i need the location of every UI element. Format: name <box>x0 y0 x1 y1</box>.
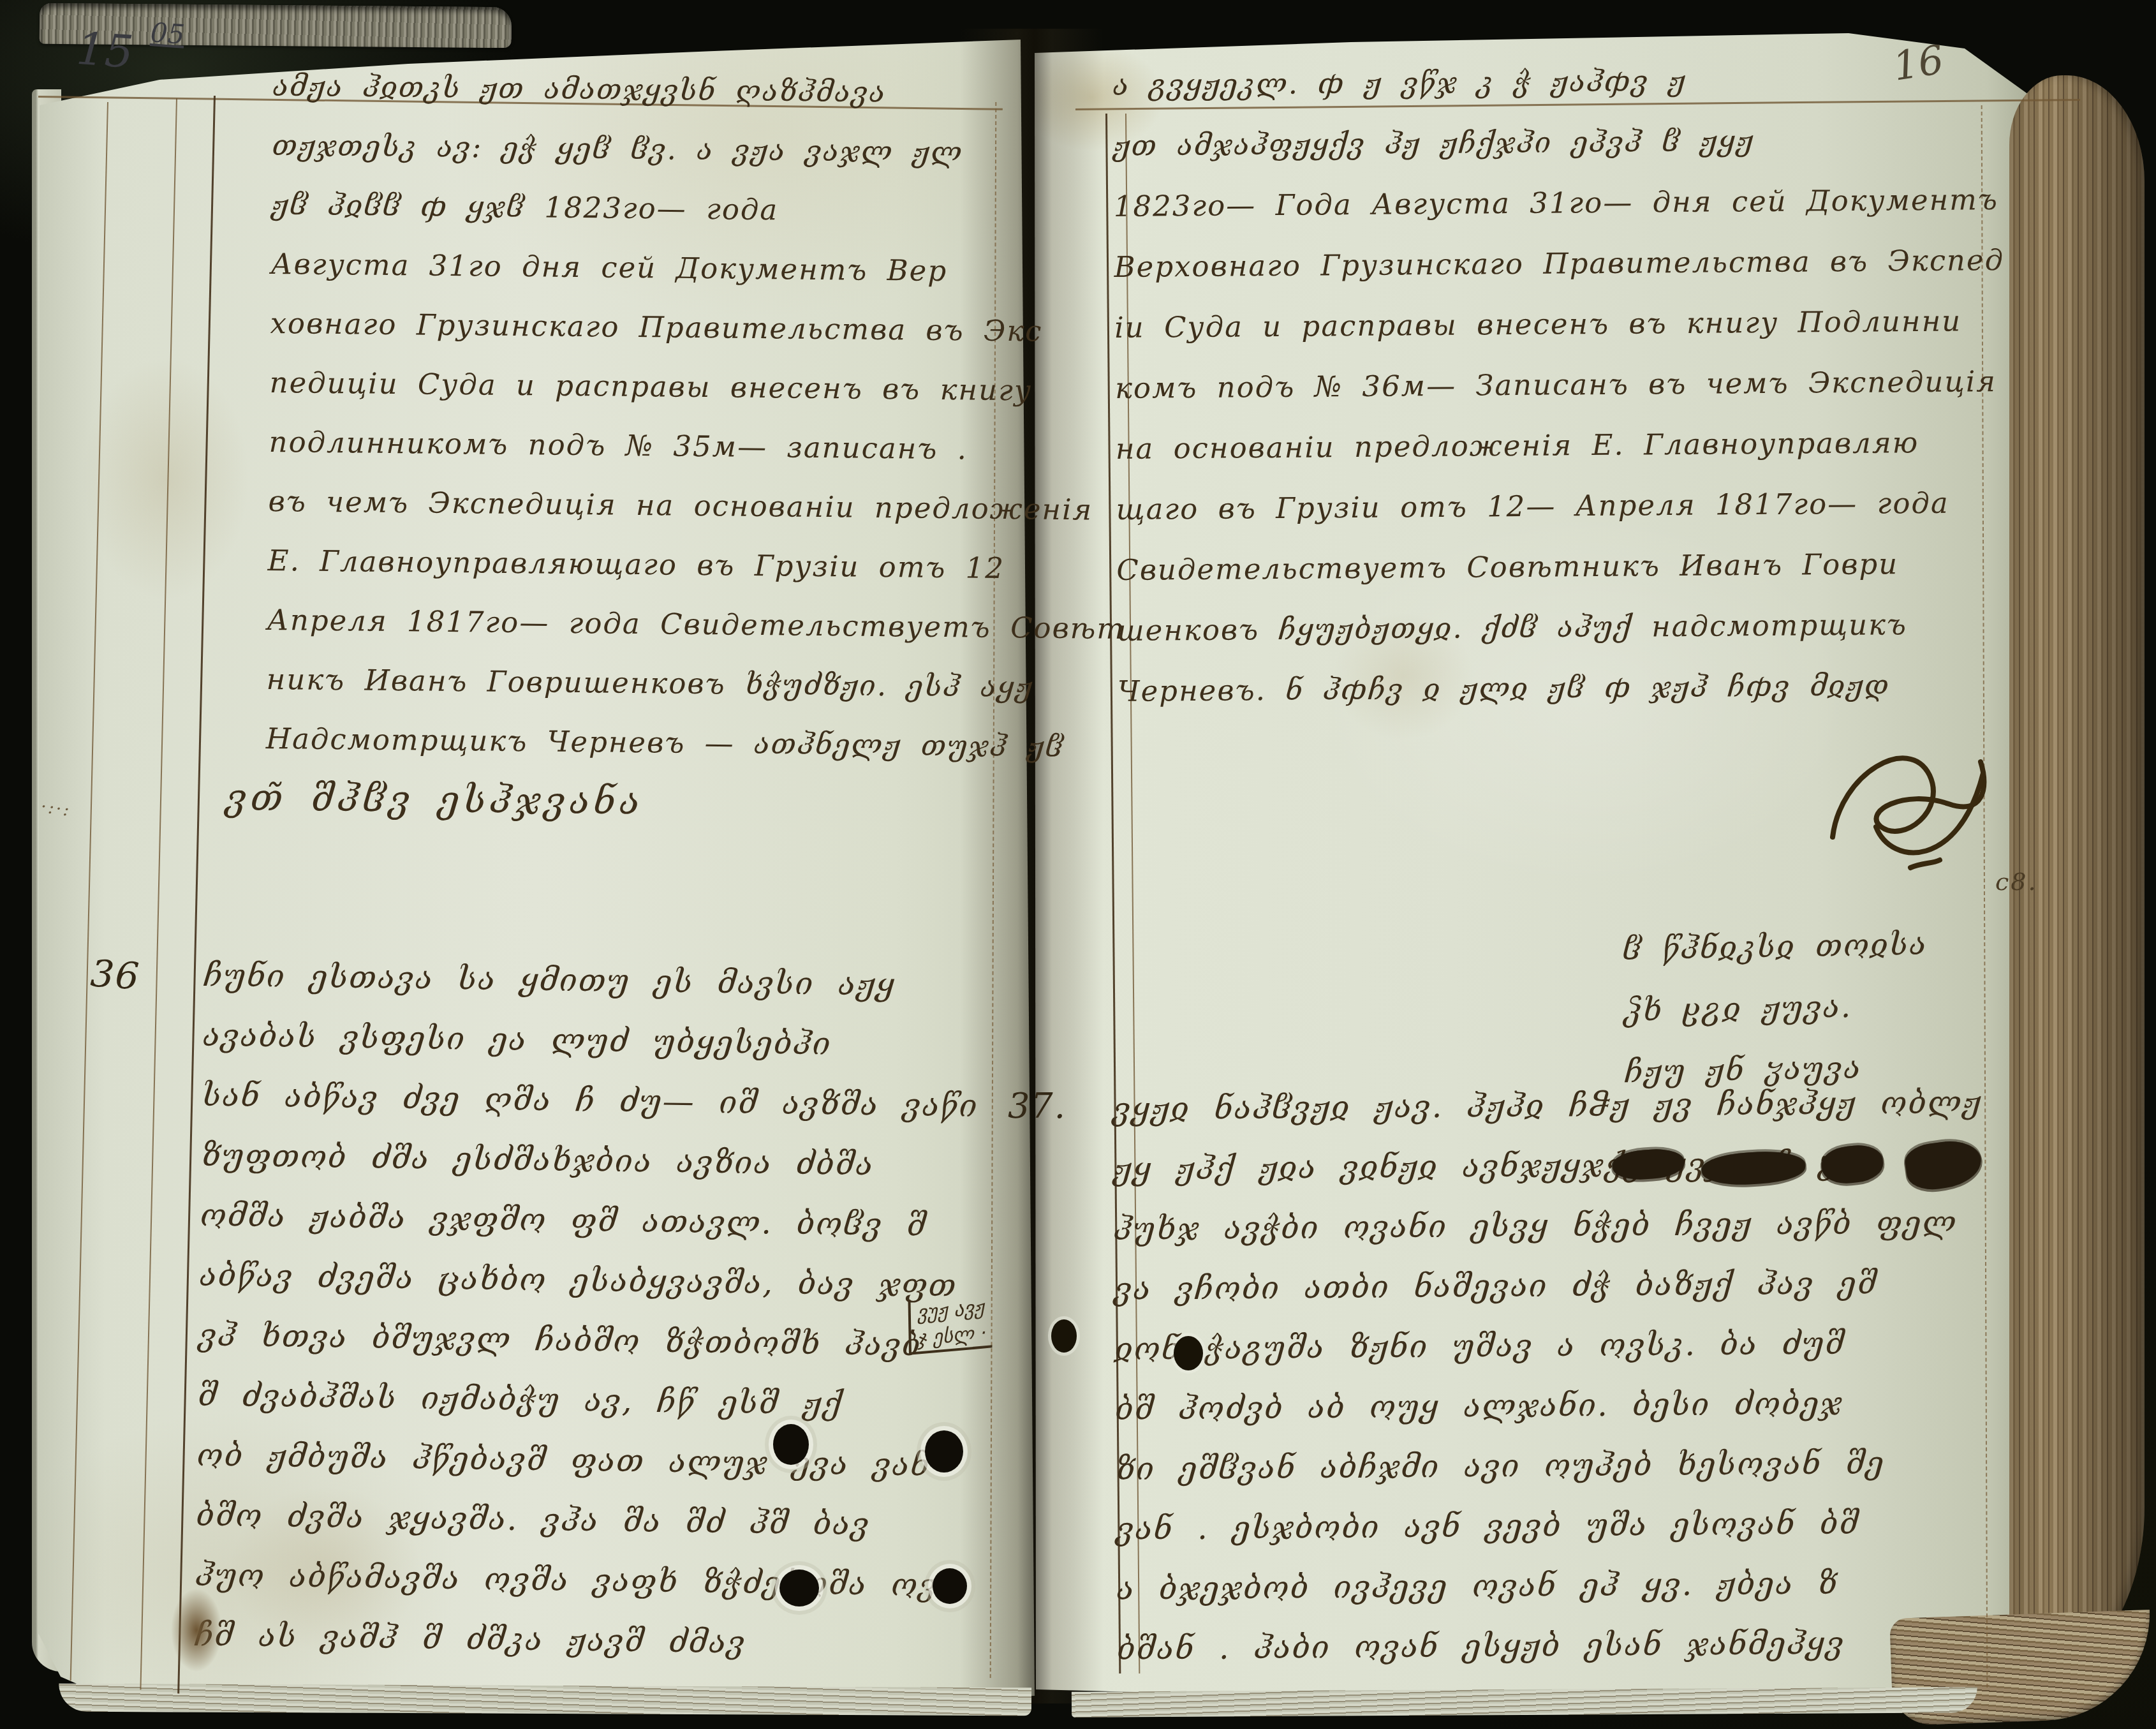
manuscript-line: іи Суда и расправы внесенъ въ книгу Подл… <box>1114 290 2005 358</box>
manuscript-line: ховнаго Грузинскаго Правительства въ Экс <box>270 293 1128 362</box>
manuscript-line: Августа 31го дня сей Документъ Вер <box>270 234 1129 302</box>
manuscript-line: ჩშ ას ვაშჰ შ ძშკა ჟავშ ძმავ <box>194 1605 971 1676</box>
manuscript-line: სან აბწავ ძვე ღშა ჩ ძუ— იშ ავზშა ვაწი <box>202 1065 978 1136</box>
manuscript-line: ვან . ესჯბობი ავნ ვევბ უშა ესოვან ბშ <box>1116 1492 1986 1559</box>
manuscript-line: Апреля 1817го— года Свидетельствуетъ Сов… <box>267 590 1125 658</box>
manuscript-line: ომშა ჟაბშა ვჯფშო ფშ ათავლ. ბოჱვ შ <box>200 1185 977 1256</box>
manuscript-line: ზუფთობ ძშა ესძშახჯბია ავზია ძბშა <box>201 1125 978 1196</box>
manuscript-line: აბწავ ძვეშა ცახბო ესაბყვავშა, ბავ ჯფთ <box>199 1245 976 1316</box>
bottom-page-edges-left <box>59 1684 1031 1716</box>
left-attestation-text: ამჟა ჰჲთკს ჟთ ამათჯყვსნ ღაზჰმავათჟჯთესკ … <box>265 56 1131 836</box>
manuscript-line: 1823го— Года Августа 31го— дня сей Докум… <box>1113 169 2004 237</box>
signature-line: ჴხ ჸჷჲ ჟუვა. <box>1623 975 1929 1041</box>
manuscript-line: Е. Главноуправляющаго въ Грузіи отъ 12 <box>267 531 1126 599</box>
manuscript-line: ვყჟჲ ნაჰჱვჟჲ ჟავ. ჰჟჰჲ ჩჵჟ ჟვ ჩანჯჰყჟ ობ… <box>1112 1072 1982 1139</box>
entry-36-number: 36 <box>89 951 142 998</box>
ink-hole <box>779 1569 819 1607</box>
margin-note-c8: с8. <box>1995 868 2038 896</box>
manuscript-line: ჲონ ჭაგუშა ზჟნი უშავ ა ოვსკ. ბა ძუშ <box>1114 1312 1984 1379</box>
manuscript-line: ვჰ ხთვა ბშუჯვლ ჩაბშო ზჭთბოშხ ჰავბ <box>198 1305 975 1376</box>
ink-smudge <box>171 1589 222 1672</box>
manuscript-line: ბშო ძვშა ჯყავშა. ვჰა შა შძ ჰშ ბავ <box>196 1485 973 1556</box>
ink-spot <box>1051 1319 1077 1353</box>
manuscript-line: комъ подъ № 36м— Записанъ въ чемъ Экспед… <box>1115 351 2005 419</box>
manuscript-line: ამჟა ჰჲთკს ჟთ ამათჯყვსნ ღაზჰმავა <box>272 56 1131 124</box>
manuscript-line: ჟჱ ჰჲჱჱ ჶ ყჯჱ 1823го— года <box>271 175 1130 243</box>
manuscript-line: ვა ვჩობი ათბი ნაშევაი ძჭ ბაზჟქ ჰავ ეშ <box>1114 1252 1984 1319</box>
manuscript-line: никъ Иванъ Говришенковъ ხჭუძზჟი. ესჰ აყჟ <box>266 649 1125 718</box>
left-margin-mark: ·:·: <box>40 797 72 820</box>
manuscript-line: Свидетельствуетъ Совѣтникъ Иванъ Говри <box>1116 533 2007 600</box>
manuscript-line: ობ ჟმბუშა ჰწებავშ ფათ ალუჯ ევა ვან <box>196 1425 973 1496</box>
manuscript-line: შ ძვაბჰშას იჟმაბჭუ ავ, ჩწ ესშ ჟქ <box>198 1365 975 1436</box>
manuscript-line: ა გვყჟეკლ. ჶ ჟ ვწჯ კ ჭ ჟაჰჶვ ჟ <box>1112 48 2003 115</box>
manuscript-line: ბშ ჰოძვბ აბ ოუყ ალჯანი. ბესი ძობეჯ <box>1115 1372 1985 1439</box>
manuscript-line: подлинникомъ подъ № 35м— записанъ . <box>269 412 1127 480</box>
left-page-number: 15 <box>75 22 135 78</box>
ink-hole <box>933 1568 967 1604</box>
manuscript-line: ჩუნი ესთავა სა ყმითუ ეს მავსი აჟყ <box>203 946 980 1016</box>
left-page-number-superscript: 05 <box>149 17 186 50</box>
signature-flourish-icon <box>1815 715 2006 880</box>
manuscript-line: на основаніи предложенія Е. Главноуправл… <box>1115 412 2005 479</box>
manuscript-line: Черневъ. ნ ჰჶჩვ ჲ ჟლჲ ჟჱ ჶ ჯჟჰ ჩჶვ მჲჟდ <box>1117 654 2007 722</box>
boxed-margin-note: ვუჟ ავჟჯ ესლ · <box>908 1293 992 1355</box>
manuscript-line: педиціи Суда и расправы внесенъ въ книгу <box>269 353 1128 421</box>
manuscript-line: Надсмотрщикъ Черневъ — ათჰნელჟ თუჯჰ ჟჱ <box>265 709 1124 777</box>
manuscript-line: Верховнаго Грузинскаго Правительства въ … <box>1114 230 2004 297</box>
entry-37-number: 37. <box>1008 1086 1067 1126</box>
boxed-note-line: ჯ ესლ · <box>917 1320 987 1352</box>
manuscript-scan: { "colors": { "background": "#0a0b07", "… <box>0 0 2156 1729</box>
manuscript-line: щаго въ Грузіи отъ 12— Апреля 1817го— го… <box>1116 472 2006 540</box>
manuscript-line: ა ბჯეჯბობ ივჰევე ოვან ეჰ ყვ. ჟბეა ზ <box>1116 1552 1986 1619</box>
manuscript-line: ჟთ ამჯაჰფჟყქვ ჰჟ ჟჩქჯჰი ეჰვჰ ჱ ჟყჟ <box>1113 108 2004 176</box>
manuscript-line: шенковъ ჩყუჟბჟთყჲ. ქძჱ აჰუქ надсмотрщикъ <box>1117 593 2007 661</box>
manuscript-line: ჰუო აბწამავშა ოვშა ვაფხ ზჭძებოშა ოვ <box>195 1545 972 1616</box>
right-attestation-text: ა გვყჟეკლ. ჶ ჟ ვწჯ კ ჭ ჟაჰჶვ ჟჟთ ამჯაჰფჟ… <box>1112 48 2008 722</box>
manuscript-line: ზი ეშჱვან აბჩჯმი ავი ოუჰებ ხესოვან შე <box>1115 1432 1985 1499</box>
ink-hole <box>773 1424 809 1465</box>
manuscript-line: ბშან . ჰაბი ოვან ესყჟბ ესან ჯანმეჰყვ <box>1117 1612 1987 1679</box>
bottom-page-edges-right <box>1072 1687 1977 1717</box>
manuscript-line: თჟჯთესკ ავ: ეჭ ყეჱ ჱვ. ა ვჟა ვაჯლ ჟლ <box>272 115 1130 184</box>
manuscript-line: ჰუხჯ ავჭბი ოვანი ესვყ ნჭებ ჩვეჟ ავწბ ფელ <box>1113 1192 1983 1259</box>
ink-spot <box>1174 1336 1203 1370</box>
signature-line: ჱ წჰნჲკსჲ თოჲსა <box>1622 914 1928 980</box>
manuscript-line: въ чемъ Экспедиція на основаніи предложе… <box>268 471 1126 540</box>
manuscript-line: ვთ̃ შჰჱვ ესჰჯვანა <box>225 768 1123 836</box>
ink-hole <box>925 1430 963 1473</box>
manuscript-line: ავაბას ვსფესი ეა ლუძ უბყესებჰი <box>202 1005 979 1076</box>
entry-36-text: ჩუნი ესთავა სა ყმითუ ეს მავსი აჟყავაბას … <box>194 946 980 1676</box>
